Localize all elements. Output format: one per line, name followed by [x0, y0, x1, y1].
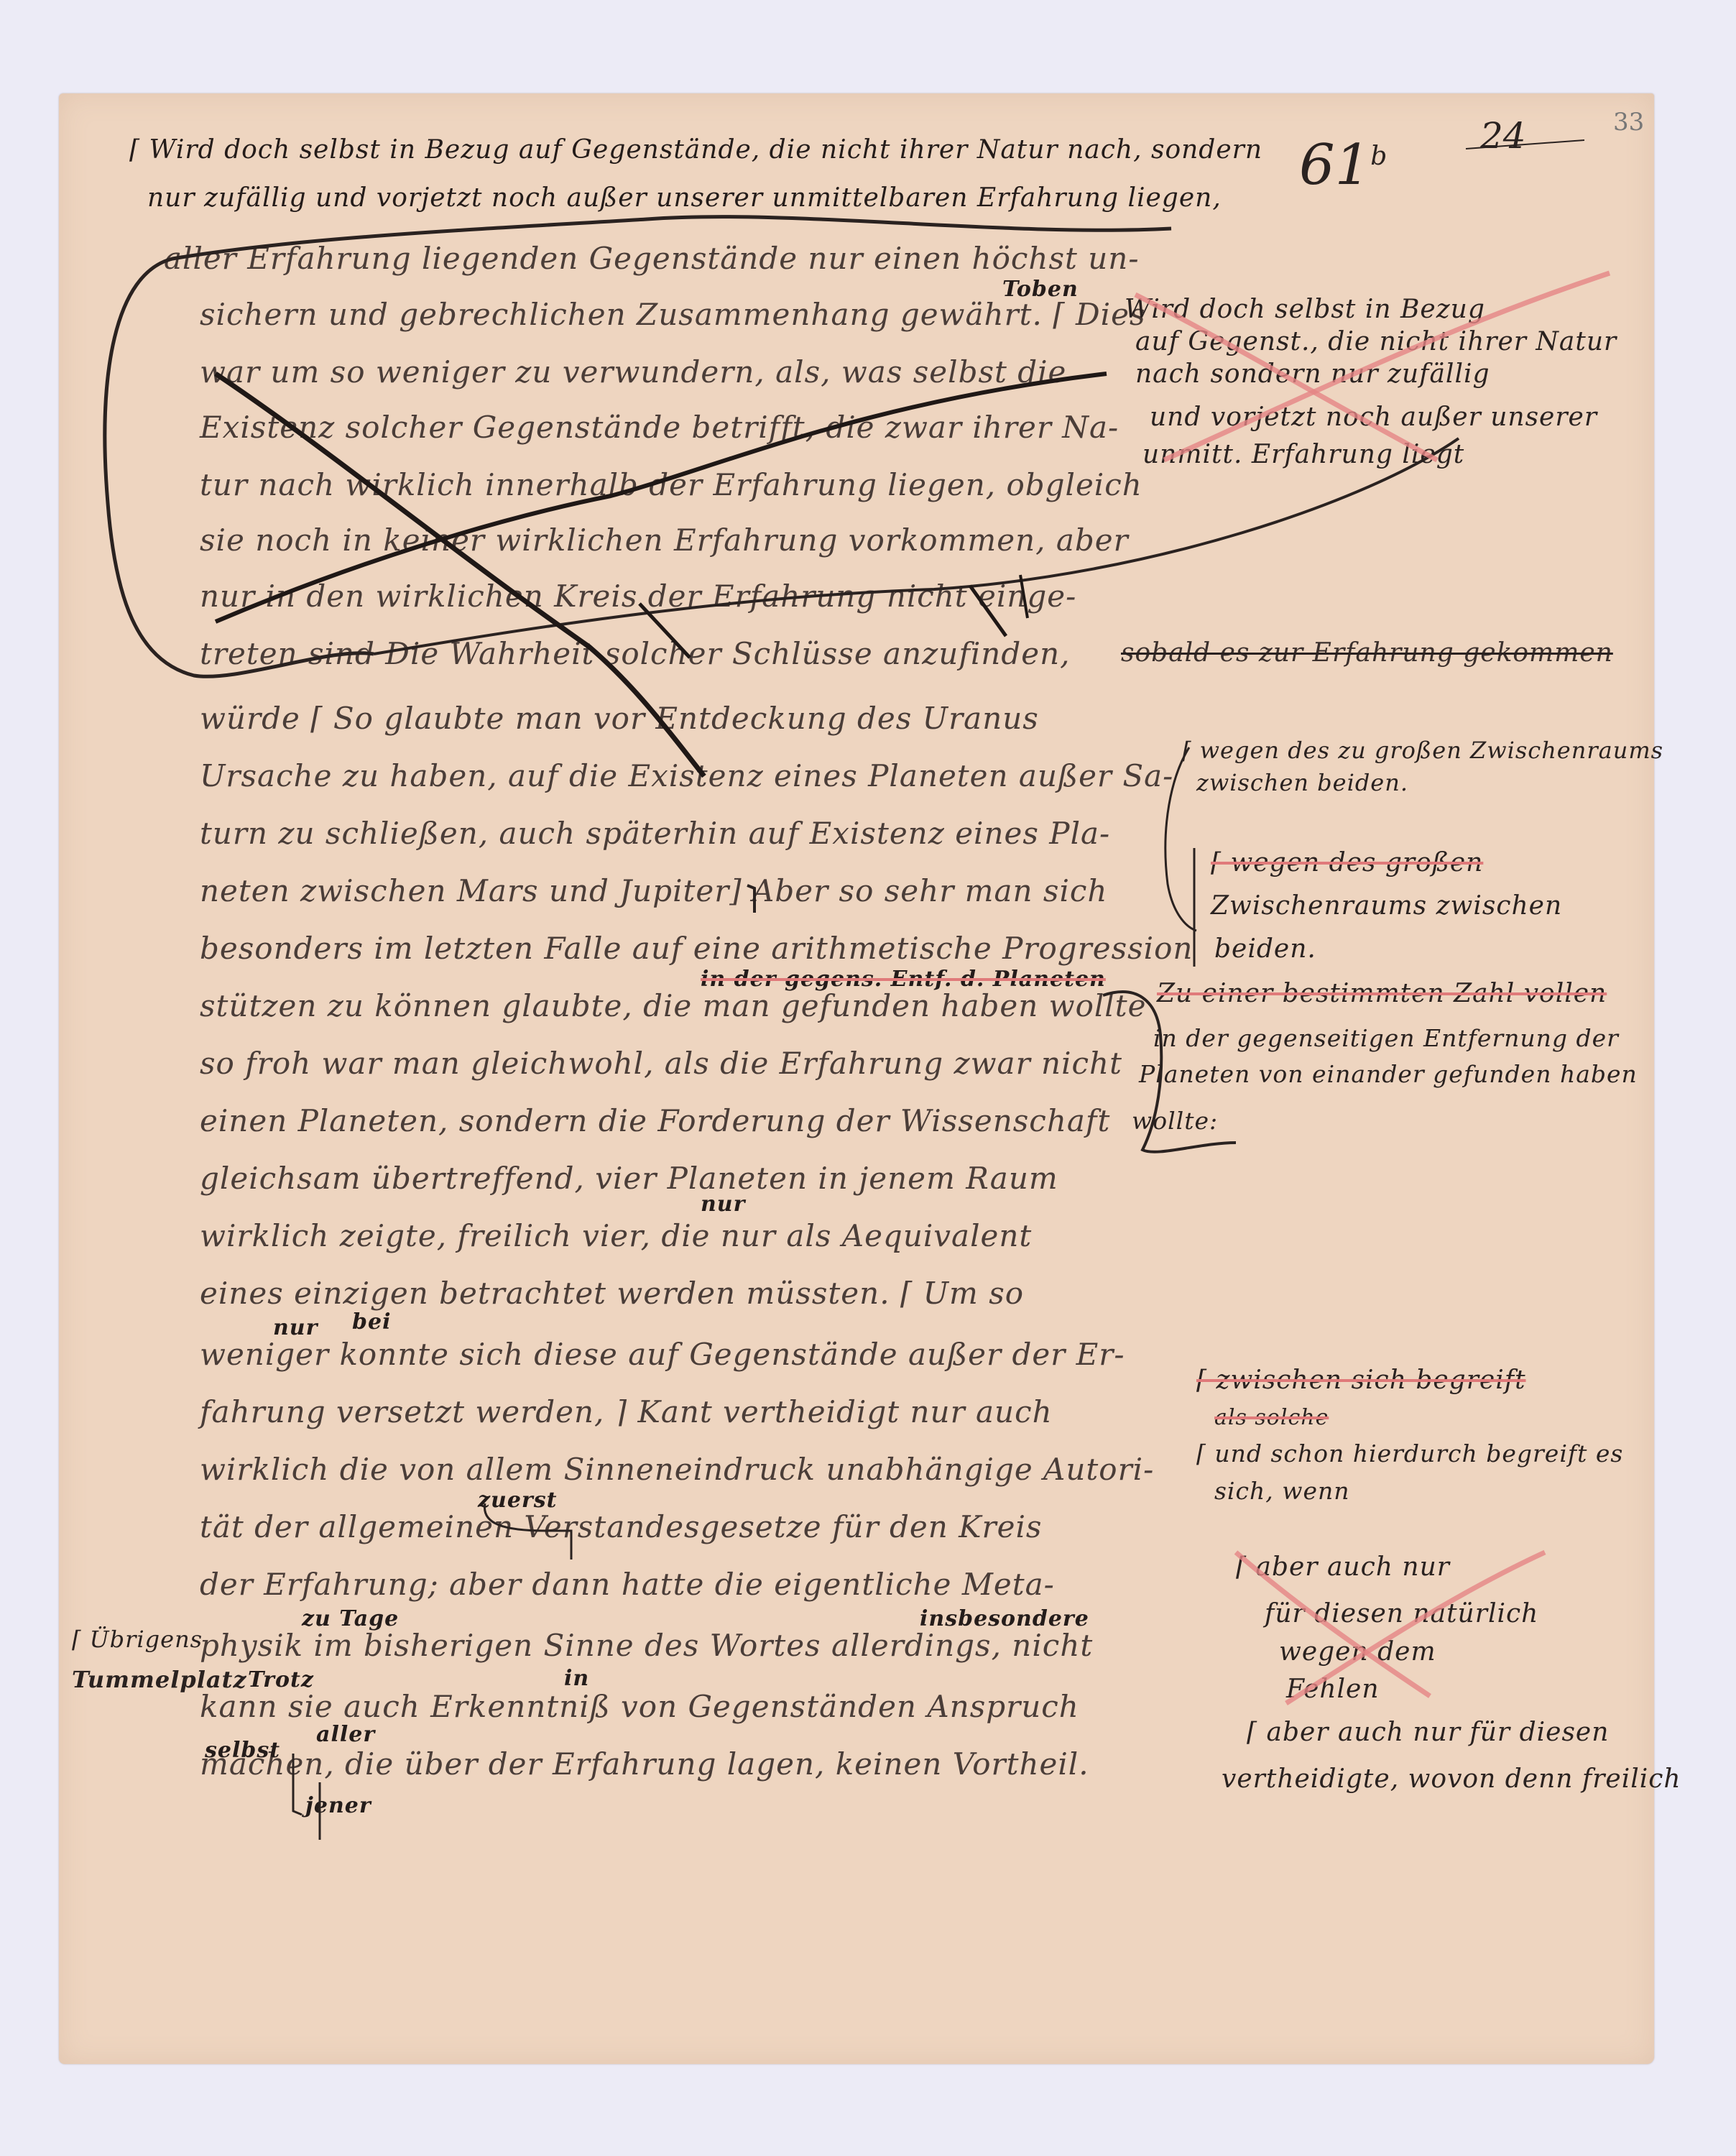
- margin-note-struck: und vorjetzt noch außer unserer: [1150, 402, 1597, 432]
- folio-number: 61b: [1299, 133, 1387, 198]
- text-line: sichern und gebrechlichen Zusammenhang g…: [200, 297, 1146, 332]
- margin-note-struck: auf Gegenst., die nicht ihrer Natur: [1135, 327, 1617, 356]
- insertion: nur: [701, 1192, 745, 1217]
- text-line: machen, die über der Erfahrung lagen, ke…: [200, 1746, 1089, 1782]
- insertion: in der gegens. Entf. d. Planeten: [701, 967, 1106, 992]
- insertion: nur: [273, 1315, 318, 1340]
- text-line: neten zwischen Mars und Jupiter] Aber so…: [200, 873, 1107, 908]
- margin-note-struck: wegen dem: [1279, 1637, 1436, 1667]
- text-line: so froh war man gleichwohl, als die Erfa…: [200, 1046, 1122, 1081]
- text-line: tät der allgemeinen Verstandesgesetze fü…: [200, 1509, 1042, 1544]
- insertion: zuerst: [478, 1488, 558, 1513]
- text-line: nur in den wirklichen Kreis der Erfahrun…: [200, 579, 1076, 614]
- text-line: tur nach wirklich innerhalb der Erfahrun…: [200, 467, 1142, 502]
- text-line: ⌈ Wird doch selbst in Bezug auf Gegenstä…: [129, 135, 1262, 165]
- margin-note-struck: unmitt. Erfahrung liegt: [1142, 440, 1464, 469]
- margin-note: ⌈ wegen des zu großen Zwischenraums: [1182, 737, 1663, 764]
- margin-note: ⌈ und schon hierdurch begreift es: [1196, 1439, 1623, 1468]
- text-line: aller Erfahrung liegenden Gegenstände nu…: [164, 241, 1140, 276]
- text-line: Existenz solcher Gegenstände betrifft, d…: [200, 410, 1119, 445]
- text-line: physik im bisherigen Sinne des Wortes al…: [200, 1628, 1093, 1663]
- text-line: weniger konnte sich diese auf Gegenständ…: [200, 1337, 1125, 1372]
- text-line: kann sie auch Erkenntniß von Gegenstände…: [200, 1689, 1079, 1724]
- text-line: einen Planeten, sondern die Forderung de…: [200, 1103, 1110, 1138]
- margin-note-struck: ⌈ zwischen sich begreift: [1196, 1365, 1526, 1395]
- folio-main: 61: [1299, 133, 1370, 198]
- margin-note-struck: ⌈ wegen des großen: [1211, 848, 1483, 877]
- margin-note-struck: Fehlen: [1286, 1674, 1380, 1704]
- folio-sup: b: [1370, 142, 1387, 171]
- margin-note: sich, wenn: [1214, 1477, 1350, 1505]
- text-line: turn zu schließen, auch späterhin auf Ex…: [200, 816, 1110, 851]
- folio-pencil: 33: [1613, 108, 1644, 137]
- struck-text: sobald es zur Erfahrung gekommen: [1121, 638, 1613, 668]
- margin-note-struck: Wird doch selbst in Bezug: [1125, 295, 1485, 324]
- margin-note: wollte:: [1132, 1107, 1218, 1135]
- margin-note: ⌈ aber auch nur für diesen: [1247, 1718, 1609, 1747]
- insertion: jener: [305, 1793, 371, 1818]
- margin-note-struck: nach sondern nur zufällig: [1135, 359, 1490, 389]
- text-line: stützen zu können glaubte, die man gefun…: [200, 988, 1146, 1023]
- margin-note-struck: für diesen natürlich: [1265, 1599, 1538, 1628]
- insertion: insbesondere: [920, 1606, 1089, 1631]
- text-line: wirklich zeigte, freilich vier, die nur …: [200, 1218, 1032, 1253]
- insertion: aller: [316, 1722, 375, 1747]
- text-line: eines einzigen betrachtet werden müssten…: [200, 1276, 1024, 1311]
- text-line: wirklich die von allem Sinneneindruck un…: [200, 1452, 1154, 1487]
- margin-note: Planeten von einander gefunden haben: [1139, 1060, 1638, 1088]
- folio-struck: 24: [1480, 115, 1526, 157]
- text-line: Ursache zu haben, auf die Existenz eines…: [200, 758, 1173, 793]
- insertion: bei: [352, 1309, 391, 1335]
- margin-note: zwischen beiden.: [1196, 769, 1408, 796]
- text-line: der Erfahrung; aber dann hatte die eigen…: [200, 1567, 1055, 1602]
- text-line: sie noch in keiner wirklichen Erfahrung …: [200, 522, 1129, 558]
- text-line: würde ⌈ So glaubte man vor Entdeckung de…: [200, 701, 1039, 736]
- insertion: Trotz: [248, 1667, 314, 1692]
- margin-note-struck: als solche: [1214, 1405, 1329, 1430]
- insertion: selbst: [205, 1738, 280, 1763]
- text-line: nur zufällig und vorjetzt noch außer uns…: [147, 183, 1222, 213]
- margin-note: ⌈ Übrigens: [72, 1626, 203, 1653]
- margin-note-struck: beiden.: [1214, 934, 1316, 964]
- margin-note-struck: Zu einer bestimmten Zahl vollen: [1157, 979, 1607, 1008]
- text-line: fahrung versetzt werden, ⌉ Kant vertheid…: [200, 1394, 1053, 1429]
- text-line: gleichsam übertreffend, vier Planeten in…: [200, 1161, 1058, 1196]
- margin-note-struck: ⌈ aber auch nur: [1236, 1552, 1450, 1582]
- insertion: in: [564, 1666, 589, 1691]
- margin-note-struck: Zwischenraums zwischen: [1211, 891, 1562, 921]
- text-line: besonders im letzten Falle auf eine arit…: [200, 931, 1193, 966]
- text-line: treten sind Die Wahrheit solcher Schlüss…: [200, 636, 1071, 671]
- insertion: zu Tage: [302, 1606, 399, 1631]
- margin-note: in der gegenseitigen Entfernung der: [1153, 1024, 1619, 1052]
- margin-note: Tummelplatz: [72, 1666, 247, 1693]
- text-line: war um so weniger zu verwundern, als, wa…: [200, 354, 1066, 390]
- margin-note: vertheidigte, wovon denn freilich: [1222, 1764, 1681, 1794]
- insertion: Toben: [1002, 277, 1079, 302]
